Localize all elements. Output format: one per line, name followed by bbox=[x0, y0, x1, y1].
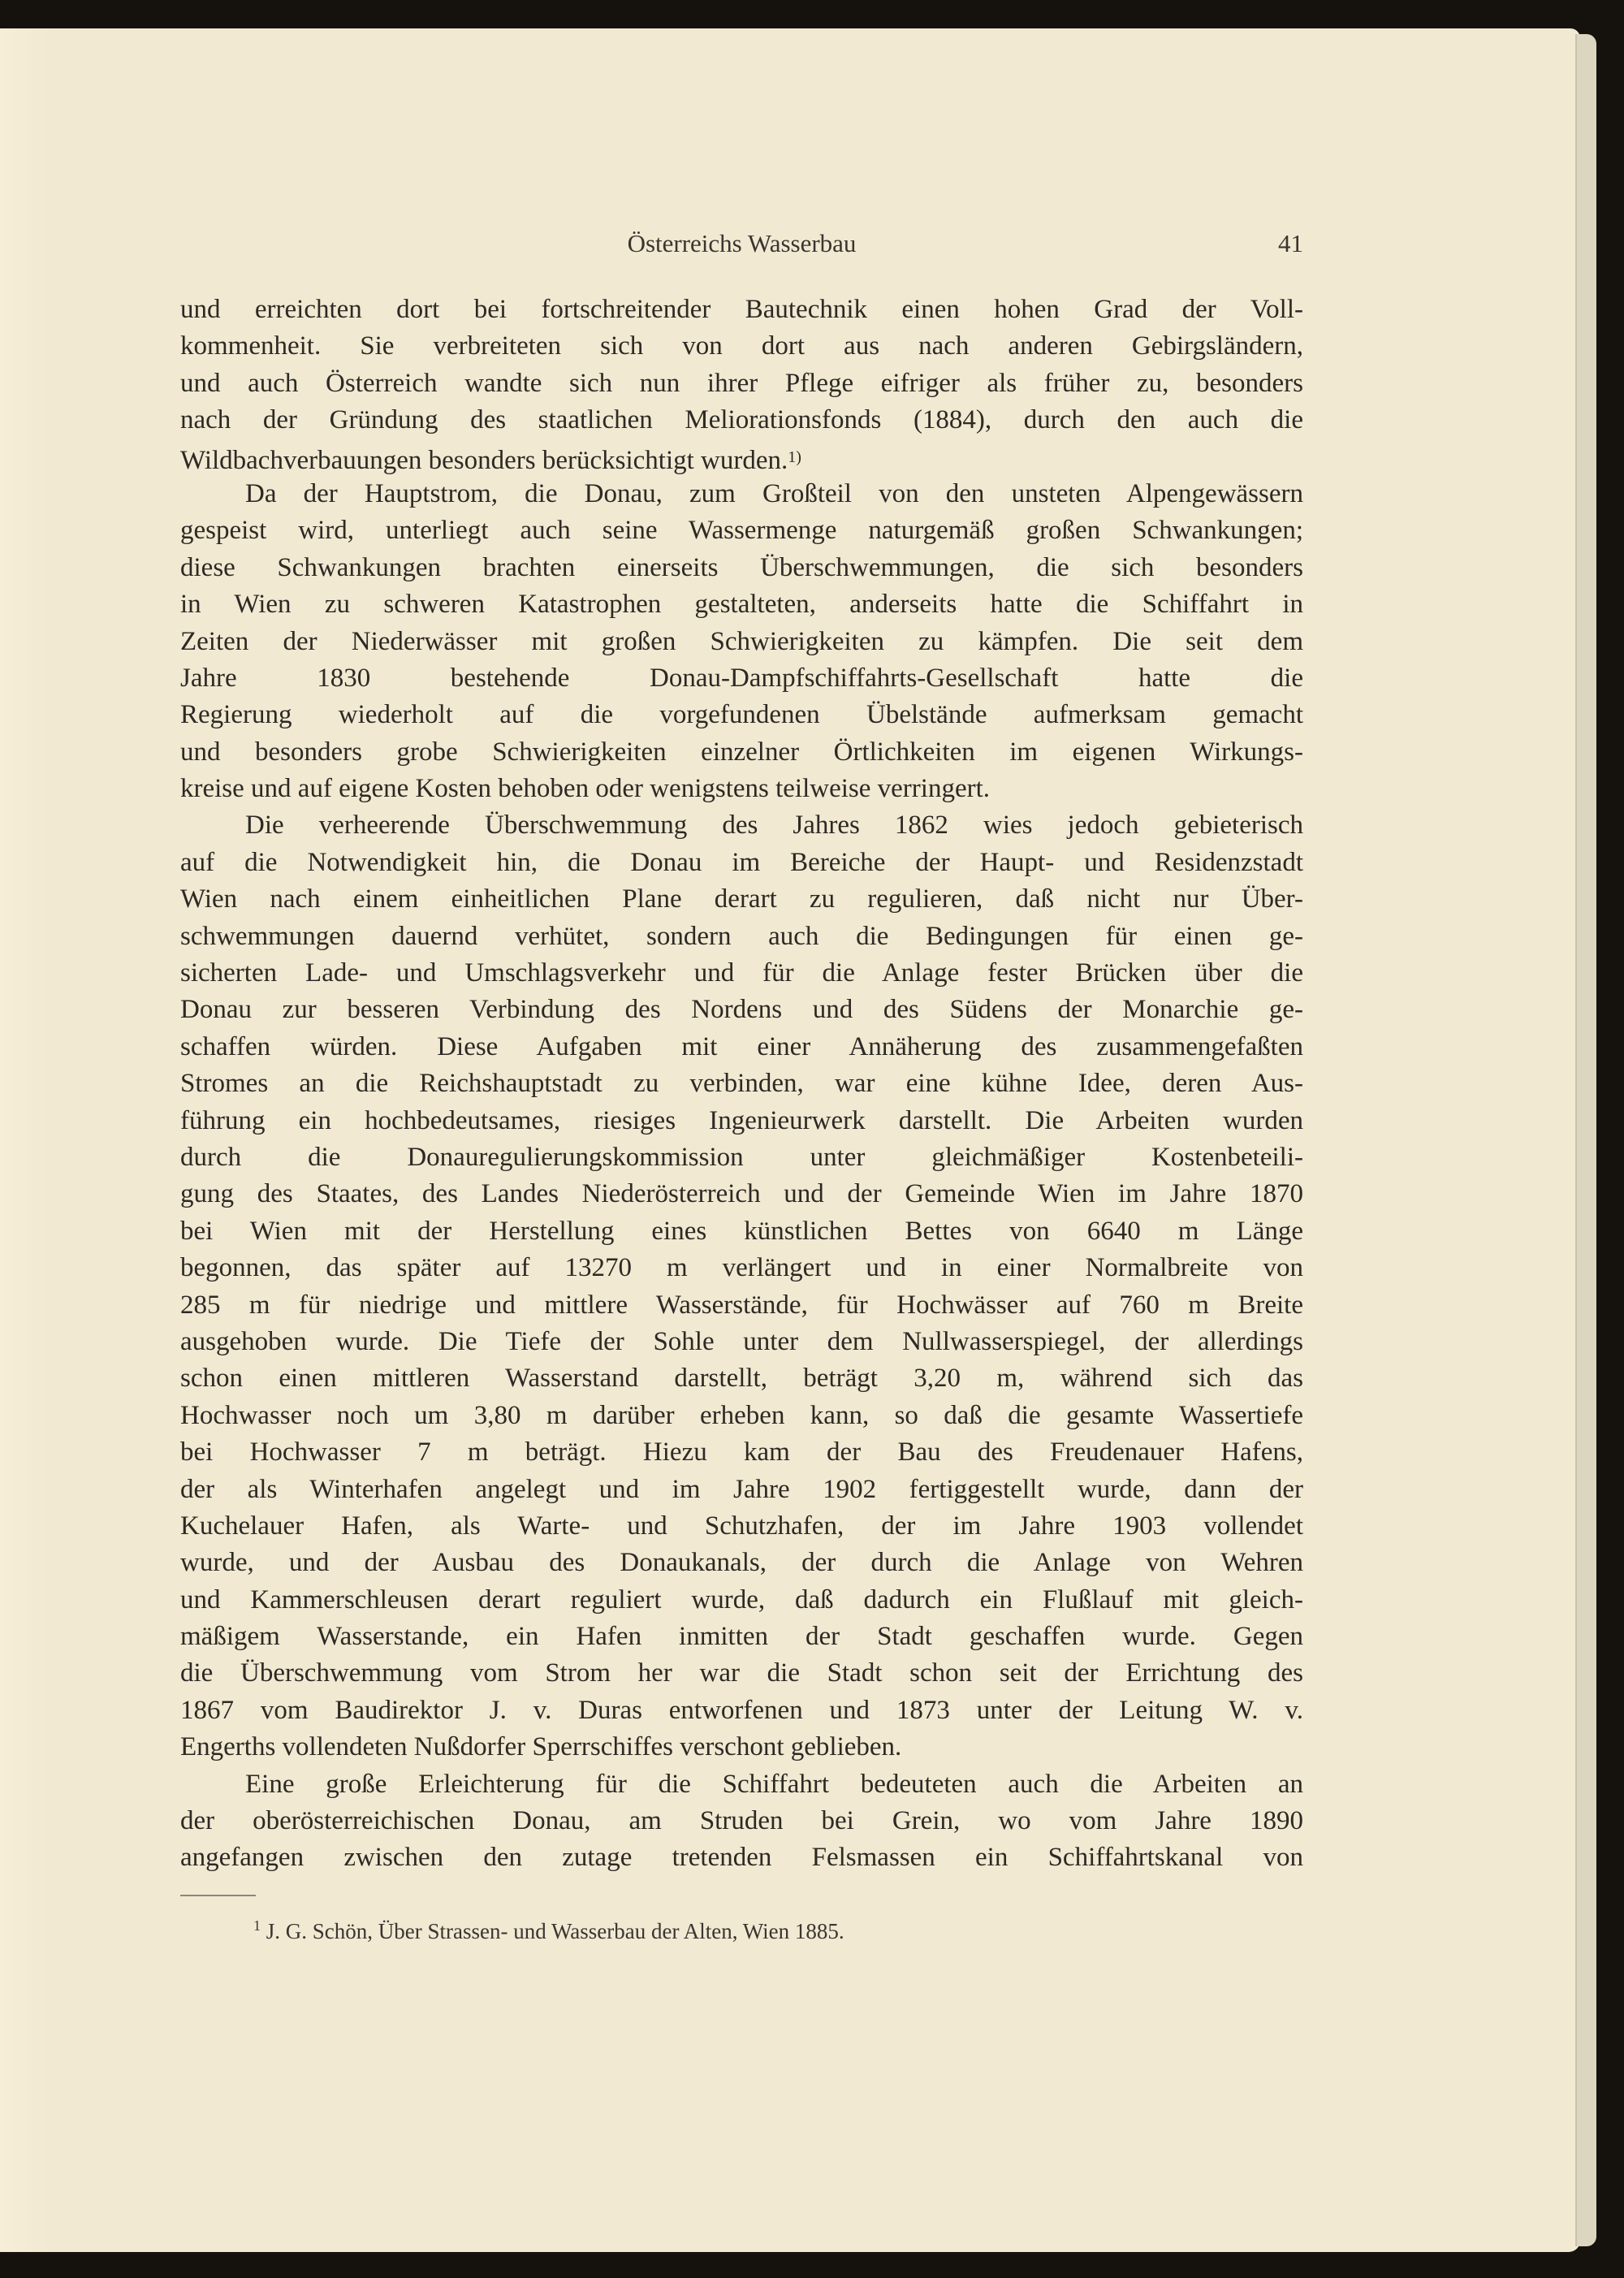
footnote-divider bbox=[180, 1895, 256, 1896]
text-line: nach der Gründung des staatlichen Melior… bbox=[180, 402, 1303, 439]
text-line: und erreichten dort bei fortschreitender… bbox=[180, 292, 1303, 328]
text-line: sicherten Lade- und Umschlagsverkehr und… bbox=[180, 955, 1303, 992]
text-line: der als Winterhafen angelegt und im Jahr… bbox=[180, 1472, 1303, 1508]
running-head: Österreichs Wasserbau 41 bbox=[180, 229, 1303, 266]
text-line: Wildbachverbauungen besonders berücksich… bbox=[180, 446, 788, 475]
footnote-marker: 1 bbox=[253, 1917, 261, 1934]
footnote-text: J. G. Schön, Über Strassen- und Wasserba… bbox=[266, 1919, 844, 1943]
text-line: durch die Donauregulierungskommission un… bbox=[180, 1139, 1303, 1176]
text-line: und besonders grobe Schwierigkeiten einz… bbox=[180, 734, 1303, 771]
paragraph-end-line: Engerths vollendeten Nußdorfer Sperrschi… bbox=[180, 1729, 1303, 1766]
text-line: schon einen mittleren Wasserstand darste… bbox=[180, 1360, 1303, 1397]
text-line-with-footnote: Wildbachverbauungen besonders berücksich… bbox=[180, 439, 1303, 476]
text-line: gespeist wird, unterliegt auch seine Was… bbox=[180, 512, 1303, 549]
text-line: Kuchelauer Hafen, als Warte- und Schutzh… bbox=[180, 1508, 1303, 1545]
text-line: auf die Notwendigkeit hin, die Donau im … bbox=[180, 845, 1303, 881]
page-edge bbox=[1575, 34, 1596, 2246]
text-line: diese Schwankungen brachten einerseits Ü… bbox=[180, 550, 1303, 586]
paragraph-start-line: Eine große Erleichterung für die Schiffa… bbox=[180, 1766, 1303, 1803]
paragraph-start-line: Da der Hauptstrom, die Donau, zum Großte… bbox=[180, 476, 1303, 512]
text-line: Wien nach einem einheitlichen Plane dera… bbox=[180, 881, 1303, 918]
text-line: schwemmungen dauernd verhütet, sondern a… bbox=[180, 919, 1303, 955]
text-line: der oberösterreichischen Donau, am Strud… bbox=[180, 1803, 1303, 1839]
text-line: Stromes an die Reichshauptstadt zu verbi… bbox=[180, 1066, 1303, 1102]
body-text: und erreichten dort bei fortschreitender… bbox=[180, 292, 1303, 1877]
text-line: 285 m für niedrige und mittlere Wasserst… bbox=[180, 1287, 1303, 1324]
footnote-reference: 1) bbox=[788, 448, 801, 466]
text-line: und Kammerschleusen derart reguliert wur… bbox=[180, 1582, 1303, 1619]
text-line: 1867 vom Baudirektor J. v. Duras entworf… bbox=[180, 1692, 1303, 1729]
paragraph-end-line: kreise und auf eigene Kosten behoben ode… bbox=[180, 771, 1303, 807]
text-line: schaffen würden. Diese Aufgaben mit eine… bbox=[180, 1029, 1303, 1066]
text-line: Hochwasser noch um 3,80 m darüber erhebe… bbox=[180, 1398, 1303, 1434]
text-line: und auch Österreich wandte sich nun ihre… bbox=[180, 365, 1303, 402]
text-line: mäßigem Wasserstande, ein Hafen inmitten… bbox=[180, 1619, 1303, 1655]
text-line: die Überschwemmung vom Strom her war die… bbox=[180, 1655, 1303, 1692]
text-line: wurde, und der Ausbau des Donaukanals, d… bbox=[180, 1545, 1303, 1581]
text-line: Donau zur besseren Verbindung des Norden… bbox=[180, 992, 1303, 1028]
gutter-shading bbox=[0, 28, 49, 2252]
text-line: bei Hochwasser 7 m beträgt. Hiezu kam de… bbox=[180, 1434, 1303, 1471]
paragraph-start-line: Die verheerende Überschwemmung des Jahre… bbox=[180, 807, 1303, 844]
text-line: angefangen zwischen den zutage tretenden… bbox=[180, 1839, 1303, 1876]
text-line: kommenheit. Sie verbreiteten sich von do… bbox=[180, 328, 1303, 365]
text-line: bei Wien mit der Herstellung eines künst… bbox=[180, 1213, 1303, 1250]
text-line: Regierung wiederholt auf die vorgefunden… bbox=[180, 697, 1303, 733]
text-line: begonnen, das später auf 13270 m verläng… bbox=[180, 1250, 1303, 1286]
text-line: gung des Staates, des Landes Niederöster… bbox=[180, 1176, 1303, 1212]
text-line: in Wien zu schweren Katastrophen gestalt… bbox=[180, 586, 1303, 623]
footnote: 1 J. G. Schön, Über Strassen- und Wasser… bbox=[253, 1917, 844, 1944]
running-head-title: Österreichs Wasserbau bbox=[180, 229, 1303, 258]
text-line: ausgehoben wurde. Die Tiefe der Sohle un… bbox=[180, 1324, 1303, 1360]
text-line: führung ein hochbedeutsames, riesiges In… bbox=[180, 1103, 1303, 1139]
text-line: Jahre 1830 bestehende Donau-Dampfschiffa… bbox=[180, 660, 1303, 697]
text-line: Zeiten der Niederwässer mit großen Schwi… bbox=[180, 624, 1303, 660]
page-number: 41 bbox=[1278, 229, 1303, 258]
